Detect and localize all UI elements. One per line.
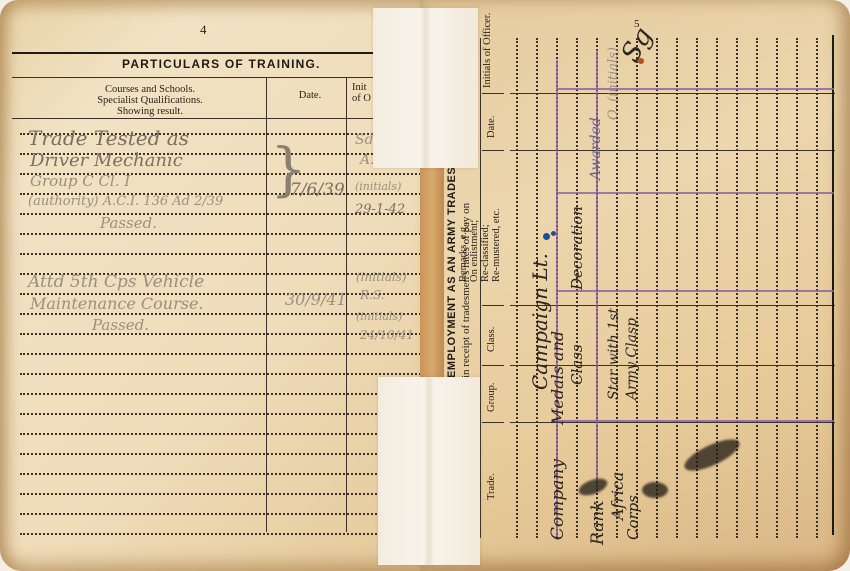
row-header-class: Class. <box>486 327 497 352</box>
ink-stain <box>642 482 668 498</box>
repair-tape-bottom <box>378 377 480 565</box>
entry-initials-line: (initials) <box>356 270 407 284</box>
date-awarded: Awarded <box>588 117 604 180</box>
ruled-line <box>20 413 425 415</box>
group-star: Star with 1st <box>606 308 622 400</box>
ruled-line <box>20 533 425 535</box>
dotted-column <box>516 38 518 538</box>
ink-stain <box>681 433 744 476</box>
ink-stain <box>577 475 610 498</box>
column-divider-1 <box>266 77 267 532</box>
right-page-5: 5 Initials of Officer. Date. Remarks, e.… <box>420 0 850 571</box>
header-column-divider <box>480 38 481 538</box>
header-line: Officer. <box>482 13 493 45</box>
header-line: of <box>482 47 493 56</box>
dotted-column <box>736 38 738 538</box>
entry-date: 30/9/41 <box>285 290 347 309</box>
ruled-line <box>20 393 425 395</box>
entry-initials-line: 29-1-42 <box>355 202 405 217</box>
top-rule <box>12 52 430 54</box>
employment-subheading: in receipt of tradesmen's rates of pay o… <box>460 203 472 378</box>
entry-course-line: Driver Mechanic <box>30 150 183 171</box>
row-header-initials: Initials of Officer. <box>482 38 493 88</box>
spine-binding <box>420 165 444 380</box>
row-header-date: Date. <box>486 116 497 138</box>
entry-initials-line: (initials) <box>355 180 401 193</box>
entry-initials-line: 24/10/41 <box>360 328 414 342</box>
grid-row-rule <box>510 305 835 306</box>
dotted-column <box>776 38 778 538</box>
header-split <box>482 305 504 306</box>
ruled-line <box>20 473 425 475</box>
ruled-line <box>20 433 425 435</box>
class-class: Class <box>568 344 586 385</box>
header-line: Re-classified; <box>480 208 491 282</box>
entry-initials-line: R.S. <box>360 288 384 302</box>
entry-initials-line: (initials) <box>356 310 402 323</box>
trade-corps: Corps <box>624 495 642 540</box>
dotted-column <box>796 38 798 538</box>
entry-course-line: Attd 5th Cps Vehicle <box>28 272 204 292</box>
entry-course-line: Maintenance Course. <box>30 294 204 313</box>
entry-course-line: Trade Tested as <box>28 126 189 150</box>
initials-purple-note: O. (initials) <box>606 47 621 120</box>
col-header-courses: Courses and Schools. Specialist Qualific… <box>40 84 260 117</box>
purple-line <box>596 50 598 490</box>
col-header-line: Specialist Qualifications. <box>40 95 260 106</box>
header-split <box>482 365 504 366</box>
entry-date: 7/6/39 <box>290 180 345 200</box>
repair-tape-top <box>373 8 478 168</box>
ruled-line <box>20 493 425 495</box>
entry-course-line: Passed. <box>100 214 157 232</box>
entry-course-line: (authority) A.C.I. 136 Ad 2/39 <box>28 194 223 209</box>
header-line: Re-mustered, etc. <box>491 208 502 282</box>
employment-heading: EMPLOYMENT AS AN ARMY TRADESMAN <box>446 140 458 378</box>
col-header-date: Date. <box>270 90 350 101</box>
trade-company: Company <box>548 459 568 540</box>
row-header-group: Group. <box>486 383 497 412</box>
ruled-line <box>20 353 425 355</box>
left-page-4: 4 PARTICULARS OF TRAINING. Courses and S… <box>0 0 430 571</box>
header-split <box>482 422 504 423</box>
col-header-line: Showing result. <box>40 106 260 117</box>
ruled-line <box>20 233 425 235</box>
trade-rank: Rank <box>588 500 608 545</box>
ruled-line <box>20 253 425 255</box>
rust-spot <box>638 58 644 64</box>
ruled-line <box>20 373 425 375</box>
header-line: Initials <box>482 59 493 88</box>
ruled-line <box>20 513 425 515</box>
header-rule-top <box>12 77 430 78</box>
header-rule-bottom <box>12 118 430 119</box>
section-title: PARTICULARS OF TRAINING. <box>122 57 321 71</box>
dotted-column <box>656 38 658 538</box>
dotted-column <box>816 38 818 538</box>
date-decoration: Decoration <box>568 206 586 290</box>
grid-row-rule <box>510 150 835 151</box>
blue-ink-dot <box>543 233 550 240</box>
dotted-column <box>676 38 678 538</box>
grid-right-border <box>832 35 834 535</box>
row-header-trade: Trade. <box>486 473 497 500</box>
col-header-line: Courses and Schools. <box>40 84 260 95</box>
dotted-column <box>756 38 758 538</box>
header-split <box>482 93 504 94</box>
group-medals: Medals and <box>548 331 567 425</box>
entry-course-line: Passed. <box>92 316 149 334</box>
header-split <box>482 150 504 151</box>
grid-row-rule <box>510 93 835 94</box>
entry-course-line: Group C Cl. I <box>30 172 130 190</box>
group-army-clasp: Army Clasp <box>624 318 640 400</box>
blue-ink-dot <box>551 231 556 236</box>
ruled-line <box>20 453 425 455</box>
dotted-column <box>636 38 638 538</box>
page-number-left: 4 <box>200 22 207 38</box>
